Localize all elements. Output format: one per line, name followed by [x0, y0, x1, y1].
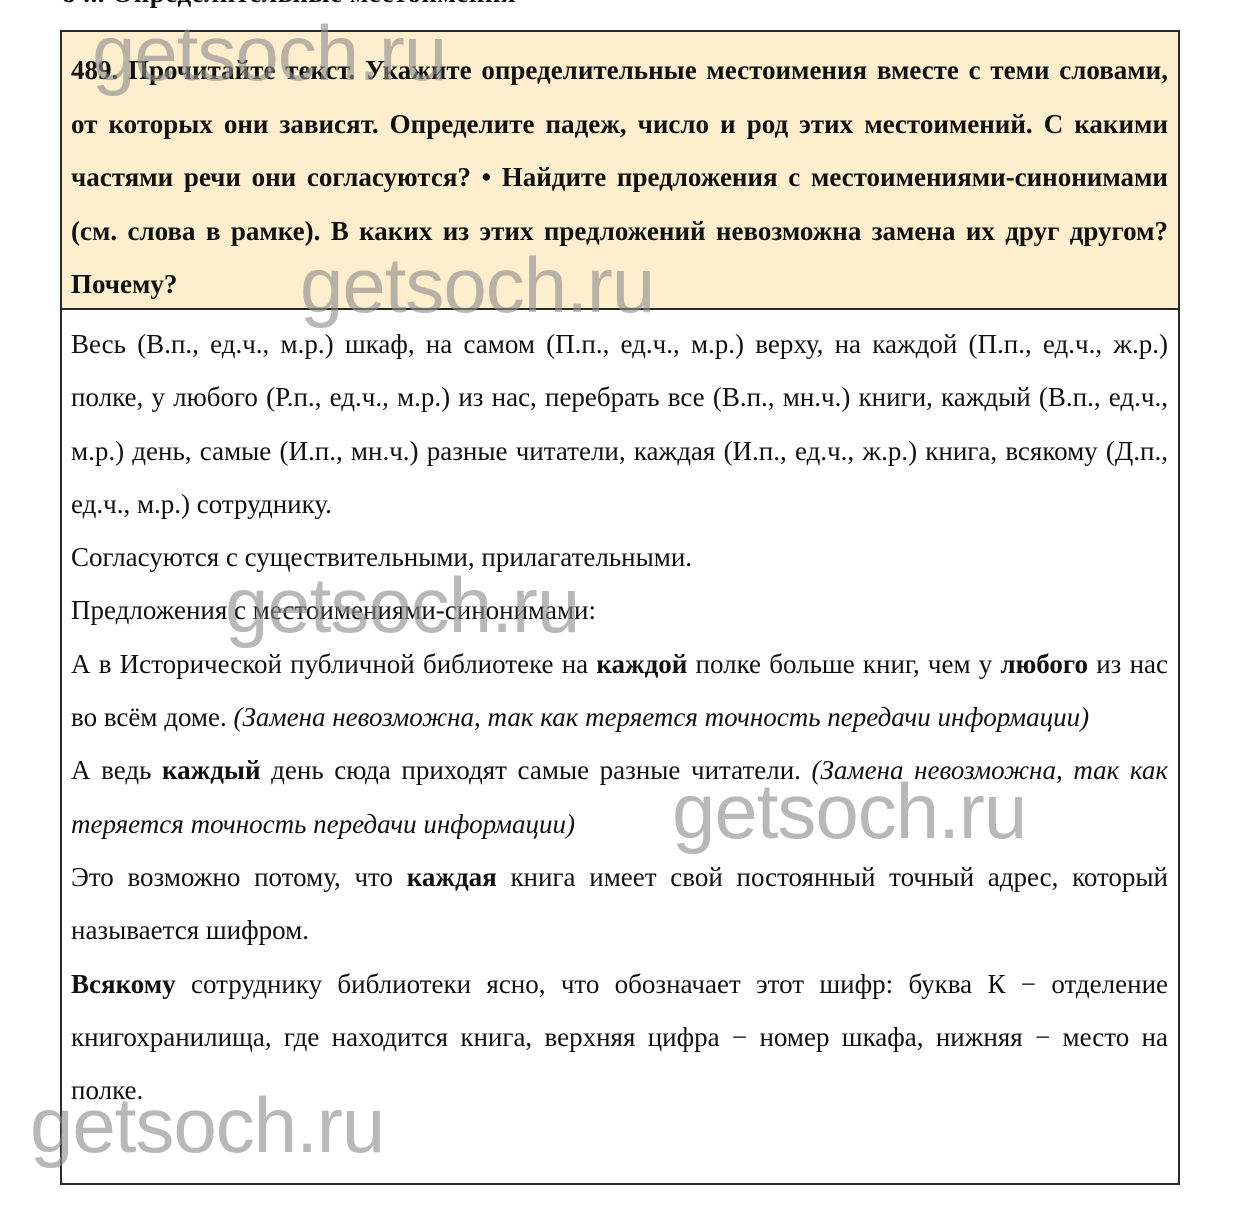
- synonym-sentence: Всякому сотруднику библиотеки ясно, что …: [71, 958, 1168, 1118]
- synonym-sentence: Это возможно потому, что каждая книга им…: [71, 851, 1168, 958]
- agreement-note: Согласуются с существительными, прилагат…: [71, 531, 1168, 584]
- highlighted-pronoun: каждой: [596, 649, 687, 679]
- task-body: Прочитайте текст. Укажите определительны…: [71, 55, 1168, 299]
- synonym-sentences: А в Исторической публичной библиотеке на…: [71, 638, 1168, 1118]
- page-heading-fragment: 8 ... Определительные местоимения: [62, 0, 516, 9]
- exercise-frame: 489. Прочитайте текст. Укажите определит…: [60, 30, 1180, 1185]
- pronoun-analysis: Весь (В.п., ед.ч., м.р.) шкаф, на самом …: [71, 318, 1168, 531]
- sentence-text: А в Исторической публичной библиотеке на: [71, 649, 596, 679]
- sentence-text: полке больше книг, чем у: [687, 649, 1000, 679]
- highlighted-pronoun: Всякому: [71, 969, 176, 999]
- answer-section: Весь (В.п., ед.ч., м.р.) шкаф, на самом …: [62, 310, 1178, 1117]
- synonym-sentence: А ведь каждый день сюда приходят самые р…: [71, 744, 1168, 851]
- substitution-comment: (Замена невозможна, так как теряется точ…: [234, 702, 1090, 732]
- highlighted-pronoun: каждый: [162, 755, 261, 785]
- task-number: 489.: [71, 55, 118, 85]
- task-text: 489. Прочитайте текст. Укажите определит…: [71, 44, 1168, 312]
- highlighted-pronoun: каждая: [407, 862, 497, 892]
- synonym-sentence: А в Исторической публичной библиотеке на…: [71, 638, 1168, 745]
- sentence-text: А ведь: [71, 755, 162, 785]
- task-box: 489. Прочитайте текст. Укажите определит…: [62, 32, 1178, 310]
- sentence-text: сотруднику библиотеки ясно, что обознача…: [71, 969, 1168, 1106]
- synonyms-heading: Предложения с местоимениями-синонимами:: [71, 584, 1168, 637]
- sentence-text: день сюда приходят самые разные читатели…: [261, 755, 812, 785]
- highlighted-pronoun: любого: [1001, 649, 1089, 679]
- sentence-text: Это возможно потому, что: [71, 862, 407, 892]
